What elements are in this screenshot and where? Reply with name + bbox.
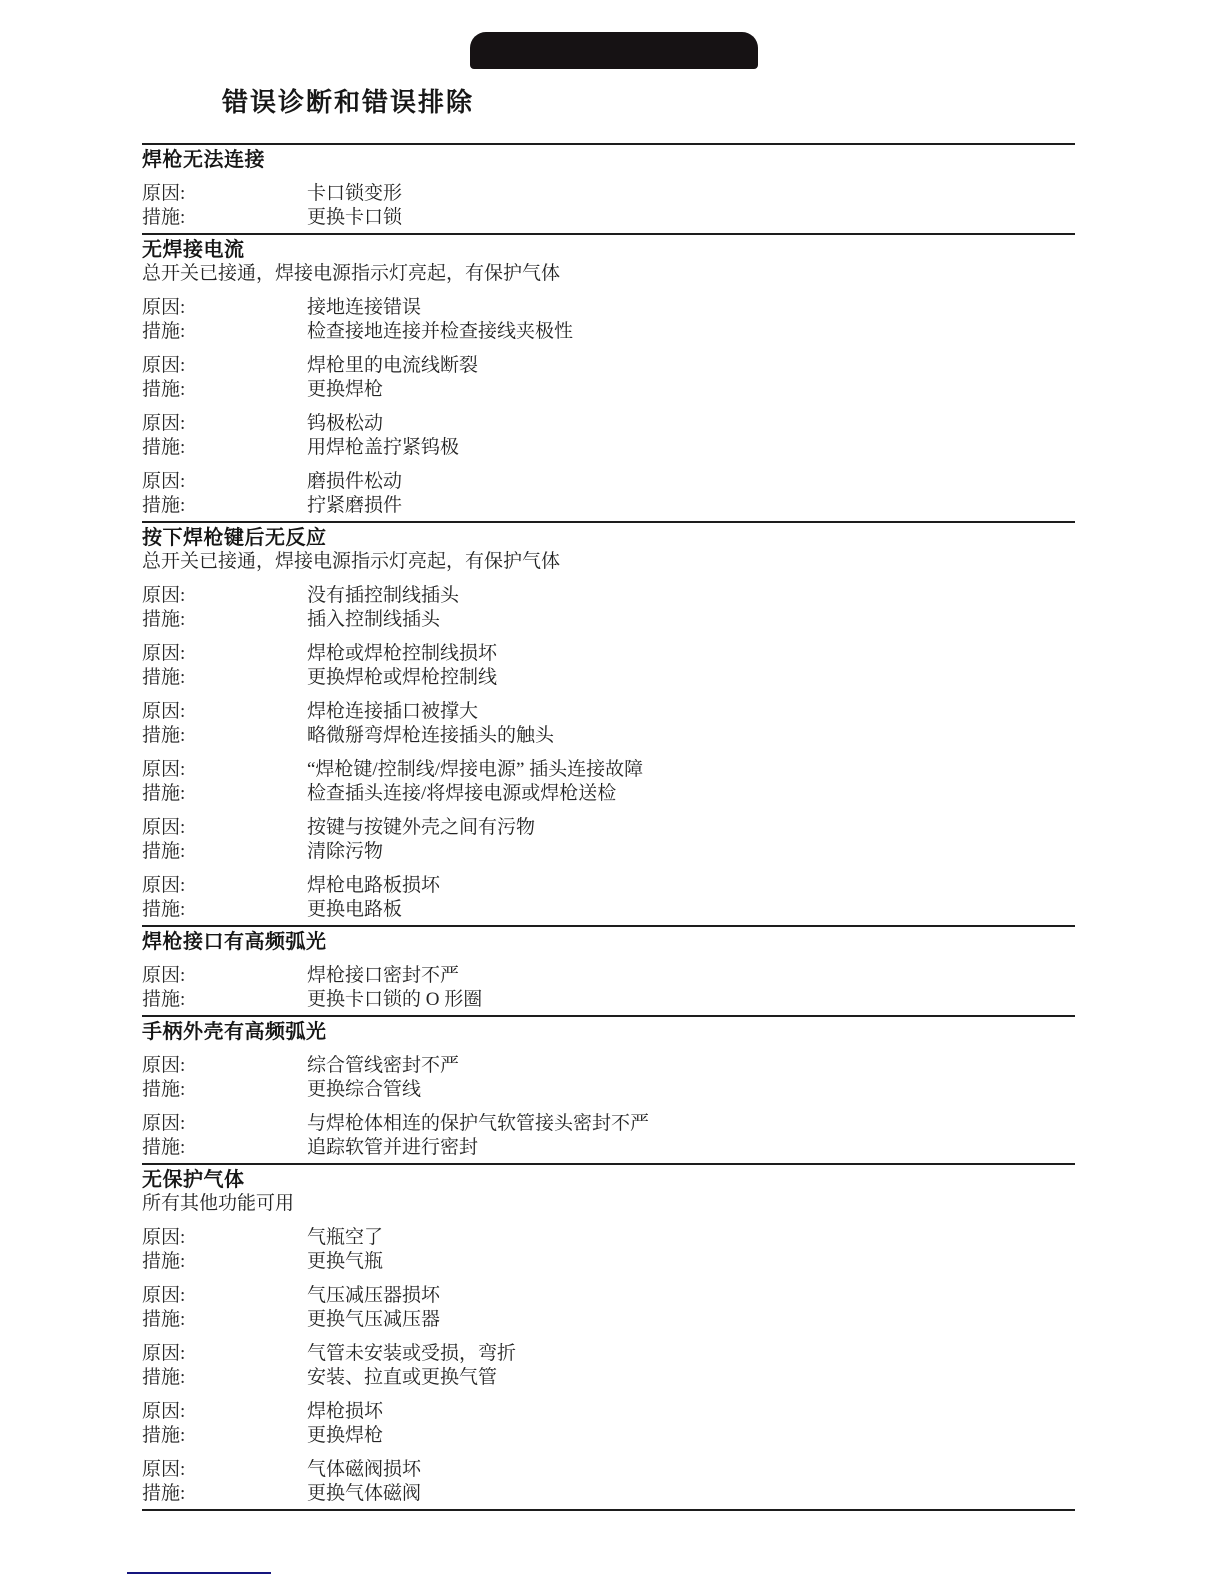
cause-row: 原因:“焊枪键/控制线/焊接电源” 插头连接故障	[142, 758, 1075, 782]
remedy-value: 插入控制线插头	[307, 608, 440, 632]
remedy-label: 措施:	[142, 320, 307, 344]
cause-label: 原因:	[142, 412, 307, 436]
remedy-label: 措施:	[142, 988, 307, 1012]
cause-remedy-pair: 原因:焊枪或焊枪控制线损坏措施:更换焊枪或焊枪控制线	[142, 642, 1075, 690]
cause-value: 没有插控制线插头	[307, 584, 459, 608]
cause-value: 磨损件松动	[307, 470, 402, 494]
cause-remedy-pair: 原因:气管未安装或受损，弯折措施:安装、拉直或更换气管	[142, 1342, 1075, 1390]
cause-label: 原因:	[142, 1112, 307, 1136]
remedy-value: 更换气瓶	[307, 1250, 383, 1274]
cause-row: 原因:焊枪接口密封不严	[142, 964, 1075, 988]
remedy-label: 措施:	[142, 1482, 307, 1506]
cause-label: 原因:	[142, 354, 307, 378]
cause-label: 原因:	[142, 642, 307, 666]
cause-remedy-pair: 原因:与焊枪体相连的保护气软管接头密封不严措施:追踪软管并进行密封	[142, 1112, 1075, 1160]
remedy-value: 更换卡口锁	[307, 206, 402, 230]
cause-row: 原因:焊枪损坏	[142, 1400, 1075, 1424]
cause-remedy-pair: 原因:接地连接错误措施:检查接地连接并检查接线夹极性	[142, 296, 1075, 344]
cause-label: 原因:	[142, 964, 307, 988]
remedy-value: 更换气体磁阀	[307, 1482, 421, 1506]
remedy-value: 清除污物	[307, 840, 383, 864]
cause-remedy-pair: 原因:焊枪连接插口被撑大措施:略微掰弯焊枪连接插头的触头	[142, 700, 1075, 748]
cause-row: 原因:卡口锁变形	[142, 182, 1075, 206]
cause-label: 原因:	[142, 182, 307, 206]
remedy-label: 措施:	[142, 1308, 307, 1332]
cause-remedy-pair: 原因:“焊枪键/控制线/焊接电源” 插头连接故障措施:检查插头连接/将焊接电源或…	[142, 758, 1075, 806]
cause-value: “焊枪键/控制线/焊接电源” 插头连接故障	[307, 758, 643, 782]
fault-section: 焊枪接口有高频弧光原因:焊枪接口密封不严措施:更换卡口锁的 O 形圈	[142, 925, 1075, 1015]
cause-row: 原因:焊枪或焊枪控制线损坏	[142, 642, 1075, 666]
remedy-value: 追踪软管并进行密封	[307, 1136, 478, 1160]
cause-remedy-pair: 原因:气体磁阀损坏措施:更换气体磁阀	[142, 1458, 1075, 1506]
remedy-label: 措施:	[142, 1078, 307, 1102]
cause-row: 原因:综合管线密封不严	[142, 1054, 1075, 1078]
cause-value: 按键与按键外壳之间有污物	[307, 816, 535, 840]
cause-label: 原因:	[142, 700, 307, 724]
remedy-label: 措施:	[142, 782, 307, 806]
fault-title: 按下焊枪键后无反应	[142, 526, 1075, 550]
remedy-row: 措施:拧紧磨损件	[142, 494, 1075, 518]
remedy-value: 更换卡口锁的 O 形圈	[307, 988, 482, 1012]
fault-condition: 总开关已接通，焊接电源指示灯亮起，有保护气体	[142, 550, 1075, 574]
remedy-row: 措施:安装、拉直或更换气管	[142, 1366, 1075, 1390]
cause-value: 气管未安装或受损，弯折	[307, 1342, 516, 1366]
cause-remedy-pair: 原因:焊枪里的电流线断裂措施:更换焊枪	[142, 354, 1075, 402]
cause-row: 原因:气瓶空了	[142, 1226, 1075, 1250]
cause-value: 气瓶空了	[307, 1226, 383, 1250]
cause-label: 原因:	[142, 1226, 307, 1250]
cause-value: 焊枪损坏	[307, 1400, 383, 1424]
cause-label: 原因:	[142, 584, 307, 608]
remedy-label: 措施:	[142, 378, 307, 402]
remedy-row: 措施:检查插头连接/将焊接电源或焊枪送检	[142, 782, 1075, 806]
fault-condition: 所有其他功能可用	[142, 1192, 1075, 1216]
remedy-row: 措施:清除污物	[142, 840, 1075, 864]
cause-label: 原因:	[142, 1458, 307, 1482]
remedy-value: 更换焊枪	[307, 1424, 383, 1448]
cause-value: 焊枪接口密封不严	[307, 964, 459, 988]
cause-remedy-pair: 原因:钨极松动措施:用焊枪盖拧紧钨极	[142, 412, 1075, 460]
remedy-label: 措施:	[142, 1366, 307, 1390]
fault-section: 无保护气体所有其他功能可用原因:气瓶空了措施:更换气瓶原因:气压减压器损坏措施:…	[142, 1163, 1075, 1509]
fault-title: 无保护气体	[142, 1168, 1075, 1192]
cause-row: 原因:与焊枪体相连的保护气软管接头密封不严	[142, 1112, 1075, 1136]
cause-row: 原因:钨极松动	[142, 412, 1075, 436]
cause-remedy-pair: 原因:综合管线密封不严措施:更换综合管线	[142, 1054, 1075, 1102]
cause-label: 原因:	[142, 1400, 307, 1424]
cause-value: 气压减压器损坏	[307, 1284, 440, 1308]
cause-value: 钨极松动	[307, 412, 383, 436]
remedy-label: 措施:	[142, 608, 307, 632]
chapter-tab	[470, 32, 758, 69]
cause-value: 与焊枪体相连的保护气软管接头密封不严	[307, 1112, 649, 1136]
cause-label: 原因:	[142, 1342, 307, 1366]
page-title: 错误诊断和错误排除	[222, 86, 474, 118]
remedy-value: 拧紧磨损件	[307, 494, 402, 518]
cause-row: 原因:没有插控制线插头	[142, 584, 1075, 608]
remedy-value: 检查插头连接/将焊接电源或焊枪送检	[307, 782, 616, 806]
cause-value: 焊枪里的电流线断裂	[307, 354, 478, 378]
fault-title: 焊枪接口有高频弧光	[142, 930, 1075, 954]
cause-label: 原因:	[142, 758, 307, 782]
cause-remedy-pair: 原因:按键与按键外壳之间有污物措施:清除污物	[142, 816, 1075, 864]
cause-row: 原因:焊枪电路板损坏	[142, 874, 1075, 898]
fault-section: 无焊接电流总开关已接通，焊接电源指示灯亮起，有保护气体原因:接地连接错误措施:检…	[142, 233, 1075, 521]
remedy-row: 措施:用焊枪盖拧紧钨极	[142, 436, 1075, 460]
cause-label: 原因:	[142, 874, 307, 898]
remedy-value: 更换焊枪	[307, 378, 383, 402]
remedy-row: 措施:更换气压减压器	[142, 1308, 1075, 1332]
remedy-row: 措施:更换卡口锁	[142, 206, 1075, 230]
fault-title: 焊枪无法连接	[142, 148, 1075, 172]
remedy-value: 略微掰弯焊枪连接插头的触头	[307, 724, 554, 748]
cause-remedy-pair: 原因:卡口锁变形措施:更换卡口锁	[142, 182, 1075, 230]
fault-section: 焊枪无法连接原因:卡口锁变形措施:更换卡口锁	[142, 143, 1075, 233]
remedy-label: 措施:	[142, 724, 307, 748]
cause-remedy-pair: 原因:焊枪损坏措施:更换焊枪	[142, 1400, 1075, 1448]
cause-label: 原因:	[142, 1054, 307, 1078]
remedy-row: 措施:更换焊枪	[142, 378, 1075, 402]
cause-row: 原因:焊枪里的电流线断裂	[142, 354, 1075, 378]
remedy-label: 措施:	[142, 1136, 307, 1160]
remedy-value: 更换电路板	[307, 898, 402, 922]
remedy-label: 措施:	[142, 206, 307, 230]
cause-value: 焊枪电路板损坏	[307, 874, 440, 898]
cause-row: 原因:磨损件松动	[142, 470, 1075, 494]
remedy-value: 更换综合管线	[307, 1078, 421, 1102]
footnote-rule	[127, 1572, 271, 1574]
remedy-row: 措施:更换焊枪	[142, 1424, 1075, 1448]
remedy-label: 措施:	[142, 436, 307, 460]
remedy-value: 安装、拉直或更换气管	[307, 1366, 497, 1390]
remedy-value: 更换气压减压器	[307, 1308, 440, 1332]
remedy-row: 措施:更换气瓶	[142, 1250, 1075, 1274]
cause-remedy-pair: 原因:焊枪接口密封不严措施:更换卡口锁的 O 形圈	[142, 964, 1075, 1012]
cause-remedy-pair: 原因:气瓶空了措施:更换气瓶	[142, 1226, 1075, 1274]
cause-label: 原因:	[142, 470, 307, 494]
fault-title: 无焊接电流	[142, 238, 1075, 262]
fault-title: 手柄外壳有高频弧光	[142, 1020, 1075, 1044]
cause-row: 原因:气管未安装或受损，弯折	[142, 1342, 1075, 1366]
remedy-row: 措施:更换焊枪或焊枪控制线	[142, 666, 1075, 690]
remedy-row: 措施:追踪软管并进行密封	[142, 1136, 1075, 1160]
cause-label: 原因:	[142, 1284, 307, 1308]
remedy-row: 措施:更换电路板	[142, 898, 1075, 922]
remedy-row: 措施:更换综合管线	[142, 1078, 1075, 1102]
troubleshooting-list: 焊枪无法连接原因:卡口锁变形措施:更换卡口锁无焊接电流总开关已接通，焊接电源指示…	[142, 143, 1075, 1511]
remedy-label: 措施:	[142, 1424, 307, 1448]
cause-label: 原因:	[142, 816, 307, 840]
remedy-row: 措施:插入控制线插头	[142, 608, 1075, 632]
fault-condition: 总开关已接通，焊接电源指示灯亮起，有保护气体	[142, 262, 1075, 286]
cause-row: 原因:接地连接错误	[142, 296, 1075, 320]
cause-remedy-pair: 原因:焊枪电路板损坏措施:更换电路板	[142, 874, 1075, 922]
cause-value: 焊枪连接插口被撑大	[307, 700, 478, 724]
remedy-row: 措施:略微掰弯焊枪连接插头的触头	[142, 724, 1075, 748]
cause-row: 原因:气压减压器损坏	[142, 1284, 1075, 1308]
cause-row: 原因:按键与按键外壳之间有污物	[142, 816, 1075, 840]
cause-row: 原因:焊枪连接插口被撑大	[142, 700, 1075, 724]
remedy-label: 措施:	[142, 494, 307, 518]
cause-value: 接地连接错误	[307, 296, 421, 320]
cause-value: 气体磁阀损坏	[307, 1458, 421, 1482]
remedy-label: 措施:	[142, 666, 307, 690]
remedy-label: 措施:	[142, 898, 307, 922]
remedy-value: 更换焊枪或焊枪控制线	[307, 666, 497, 690]
cause-remedy-pair: 原因:磨损件松动措施:拧紧磨损件	[142, 470, 1075, 518]
cause-remedy-pair: 原因:气压减压器损坏措施:更换气压减压器	[142, 1284, 1075, 1332]
fault-section: 手柄外壳有高频弧光原因:综合管线密封不严措施:更换综合管线原因:与焊枪体相连的保…	[142, 1015, 1075, 1163]
cause-value: 综合管线密封不严	[307, 1054, 459, 1078]
manual-page: { "page": { "title": "错误诊断和错误排除" }, "lab…	[0, 0, 1224, 1584]
remedy-value: 检查接地连接并检查接线夹极性	[307, 320, 573, 344]
cause-value: 卡口锁变形	[307, 182, 402, 206]
cause-row: 原因:气体磁阀损坏	[142, 1458, 1075, 1482]
remedy-row: 措施:更换气体磁阀	[142, 1482, 1075, 1506]
remedy-row: 措施:更换卡口锁的 O 形圈	[142, 988, 1075, 1012]
cause-remedy-pair: 原因:没有插控制线插头措施:插入控制线插头	[142, 584, 1075, 632]
remedy-row: 措施:检查接地连接并检查接线夹极性	[142, 320, 1075, 344]
remedy-value: 用焊枪盖拧紧钨极	[307, 436, 459, 460]
fault-section: 按下焊枪键后无反应总开关已接通，焊接电源指示灯亮起，有保护气体原因:没有插控制线…	[142, 521, 1075, 925]
remedy-label: 措施:	[142, 840, 307, 864]
remedy-label: 措施:	[142, 1250, 307, 1274]
cause-value: 焊枪或焊枪控制线损坏	[307, 642, 497, 666]
cause-label: 原因:	[142, 296, 307, 320]
